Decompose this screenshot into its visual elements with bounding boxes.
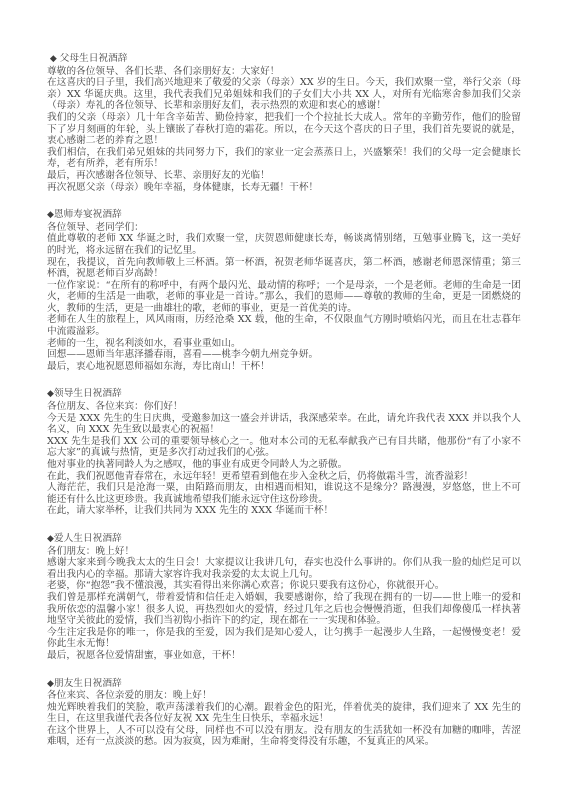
paragraph: 今天是 XXX 先生的生日庆典，受邀参加这一盛会并讲话，我深感荣幸。在此，请允许… bbox=[47, 413, 521, 436]
paragraph: 回想——恩师当年惠泽播春雨，喜看——桃李今朝九州竞争妍。 bbox=[47, 349, 521, 361]
paragraph: 再次祝愿父亲（母亲）晚年幸福，身体健康，长寿无疆！干杯！ bbox=[47, 182, 521, 194]
paragraph: 在此，请大家举杯，让我们共同为 XXX 先生的 XXX 华诞而干杯！ bbox=[47, 505, 521, 517]
section-title: ◆领导生日祝酒辞 bbox=[47, 388, 521, 401]
diamond-bullet-icon: ◆ bbox=[47, 54, 60, 64]
section-body: 尊敬的各位领导、各们长辈、各们亲朋好友：大家好！在这喜庆的日子里，我们高兴地迎来… bbox=[47, 66, 521, 194]
section-body: 各位朋友、各位来宾：你们好！今天是 XXX 先生的生日庆典，受邀参加这一盛会并讲… bbox=[47, 401, 521, 517]
paragraph: 人海茫茫，我们只是沧海一粟，由陌路而朋友，由相遇而相知，谁说这不是缘分？路漫漫，… bbox=[47, 482, 521, 505]
toast-section: ◆爱人生日祝酒辞 各们朋友：晚上好！感谢大家来到今晚我太太的生日会！大家提议让我… bbox=[47, 533, 521, 662]
toast-section: ◆ 父母生日祝酒辞 尊敬的各位领导、各们长辈、各们亲朋好友：大家好！在这喜庆的日… bbox=[47, 53, 521, 193]
diamond-bullet-icon: ◆ bbox=[47, 534, 54, 544]
diamond-bullet-icon: ◆ bbox=[47, 389, 54, 399]
section-title: ◆ 父母生日祝酒辞 bbox=[47, 53, 521, 66]
paragraph: 尊敬的各位领导、各们长辈、各们亲朋好友：大家好！ bbox=[47, 66, 521, 78]
paragraph: 各位来宾、各位亲爱的朋友：晚上好！ bbox=[47, 690, 521, 702]
document-sections: ◆ 父母生日祝酒辞 尊敬的各位领导、各们长辈、各们亲朋好友：大家好！在这喜庆的日… bbox=[47, 53, 521, 748]
section-title-text: 恩师寿宴祝酒辞 bbox=[54, 209, 122, 220]
document-body: ◆ 父母生日祝酒辞 尊敬的各位领导、各们长辈、各们亲朋好友：大家好！在这喜庆的日… bbox=[47, 53, 521, 748]
diamond-bullet-icon: ◆ bbox=[47, 679, 54, 689]
paragraph: 各们朋友：晚上好！ bbox=[47, 546, 521, 558]
section-title: ◆爱人生日祝酒辞 bbox=[47, 533, 521, 546]
section-title-text: 父母生日祝酒辞 bbox=[60, 53, 128, 64]
toast-section: ◆领导生日祝酒辞 各位朋友、各位来宾：你们好！今天是 XXX 先生的生日庆典，受… bbox=[47, 388, 521, 517]
diamond-bullet-icon: ◆ bbox=[47, 210, 54, 220]
paragraph: 老婆，你“抱怨”我不懂浪漫，其实看得出来你满心欢喜；你说只要我有这份心，你就很开… bbox=[47, 580, 521, 592]
section-body: 各们朋友：晚上好！感谢大家来到今晚我太太的生日会！大家提议让我讲几句，春实也没什… bbox=[47, 546, 521, 662]
paragraph: 在这个世界上，人不可以没有父母，同样也不可以没有朋友。没有朋友的生活犹如一杯没有… bbox=[47, 725, 521, 748]
paragraph: 烛光辉映着我们的笑脸，歌声荡漾着我们的心潮。跟着金色的阳光，伴着优美的旋律，我们… bbox=[47, 702, 521, 725]
paragraph: 今生注定我是你的唯一，你是我的至爱，因为我们是知心爱人，让匀携手一起漫步人生路，… bbox=[47, 627, 521, 650]
paragraph: 最后，再次感谢各位领导、长辈、亲朋好友的光临！ bbox=[47, 170, 521, 182]
paragraph: 在这喜庆的日子里，我们高兴地迎来了敬爱的父亲（母亲）XX 岁的生日。今天，我们欢… bbox=[47, 77, 521, 112]
section-title-text: 朋友生日祝酒辞 bbox=[54, 678, 122, 689]
section-body: 各位来宾、各位亲爱的朋友：晚上好！烛光辉映着我们的笑脸，歌声荡漾着我们的心潮。跟… bbox=[47, 690, 521, 748]
toast-section: ◆恩师寿宴祝酒辞 各位领导、老同学们：值此尊敬的老师 XX 华诞之时，我们欢聚一… bbox=[47, 209, 521, 372]
paragraph: 最后，衷心地祝愿恩师福如东海，寿比南山！干杯！ bbox=[47, 361, 521, 373]
paragraph: 值此尊敬的老师 XX 华诞之时，我们欢聚一堂，庆贺恩师健康长寿，畅谈离情别绪，互… bbox=[47, 233, 521, 256]
toast-section: ◆朋友生日祝酒辞 各位来宾、各位亲爱的朋友：晚上好！烛光辉映着我们的笑脸，歌声荡… bbox=[47, 678, 521, 749]
paragraph: 在此，我们祝愿他青春常在，永远年轻！更希望看到他在步入金秋之后，仍将傲霜斗雪，流… bbox=[47, 471, 521, 483]
paragraph: 他对事业的执著同龄人为之感叹，他的事业有成更令同龄人为之骄傲。 bbox=[47, 459, 521, 471]
paragraph: XXX 先生是我们 XX 公司的重要领导核心之一。他对本公司的无私奉献我产已有目… bbox=[47, 436, 521, 459]
section-title-text: 爱人生日祝酒辞 bbox=[54, 533, 122, 544]
paragraph: 老师的一生，视名利淡如水，看事业重如山。 bbox=[47, 338, 521, 350]
paragraph: 各位领导、老同学们： bbox=[47, 222, 521, 234]
paragraph: 我们曾是那样充满朝气，带着爱情和信任走入婚姻，我要感谢你，给了我现在拥有的一切—… bbox=[47, 592, 521, 627]
section-body: 各位领导、老同学们：值此尊敬的老师 XX 华诞之时，我们欢聚一堂，庆贺恩师健康长… bbox=[47, 222, 521, 373]
paragraph: 我们的父亲（母亲）几十年含辛茹苦、勤俭持家，把我们一个个拉扯长大成人。常年的辛勤… bbox=[47, 112, 521, 147]
paragraph: 我们相信，在我们弟兄姐妹的共同努力下，我们的家业一定会蒸蒸日上，兴盛繁荣！我们的… bbox=[47, 147, 521, 170]
section-title: ◆恩师寿宴祝酒辞 bbox=[47, 209, 521, 222]
paragraph: 最后，祝愿各位爱情甜蜜，事业如意，干杯！ bbox=[47, 650, 521, 662]
paragraph: 一位作家说：“在所有的称呼中，有两个最闪光、最动情的称呼；一个是母亲，一个是老师… bbox=[47, 280, 521, 315]
paragraph: 现在，我提议，首先向教师敬上三杯酒。第一杯酒，祝贺老师华诞喜庆，第二杯酒，感谢老… bbox=[47, 257, 521, 280]
document-page: ◆ 父母生日祝酒辞 尊敬的各位领导、各们长辈、各们亲朋好友：大家好！在这喜庆的日… bbox=[0, 0, 566, 800]
paragraph: 老师在人生的旅程上，风风雨雨，历经沧桑 XX 载，他的生命，不仅限血气方刚时喷焰… bbox=[47, 314, 521, 337]
section-title: ◆朋友生日祝酒辞 bbox=[47, 678, 521, 691]
paragraph: 各位朋友、各位来宾：你们好！ bbox=[47, 401, 521, 413]
paragraph: 感谢大家来到今晚我太太的生日会！大家提议让我讲几句，春实也没什么事讲的。你们从我… bbox=[47, 557, 521, 580]
section-title-text: 领导生日祝酒辞 bbox=[54, 388, 122, 399]
